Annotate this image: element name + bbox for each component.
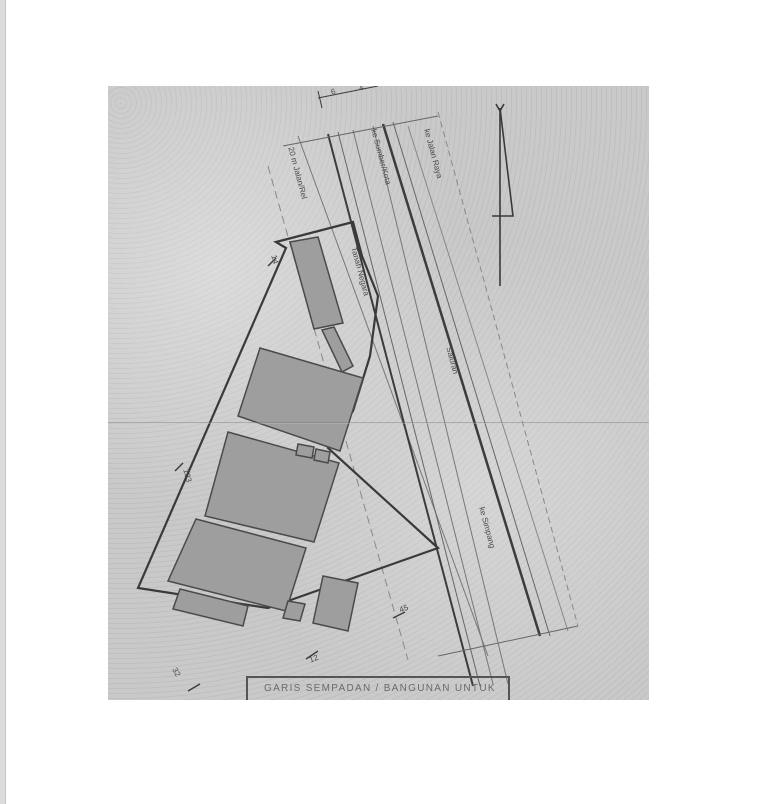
- scanned-site-plan: 20 m Jalan/Rel ke Sumber/Kota ke Jalan R…: [108, 86, 649, 700]
- viewer-scrollbar[interactable]: [0, 0, 6, 804]
- north-arrow-icon: [492, 104, 513, 286]
- title-block: GARIS SEMPADAN / BANGUNAN UNTUK: [246, 676, 510, 700]
- paper-fold-line: [108, 422, 649, 424]
- site-plan-drawing: [108, 86, 649, 700]
